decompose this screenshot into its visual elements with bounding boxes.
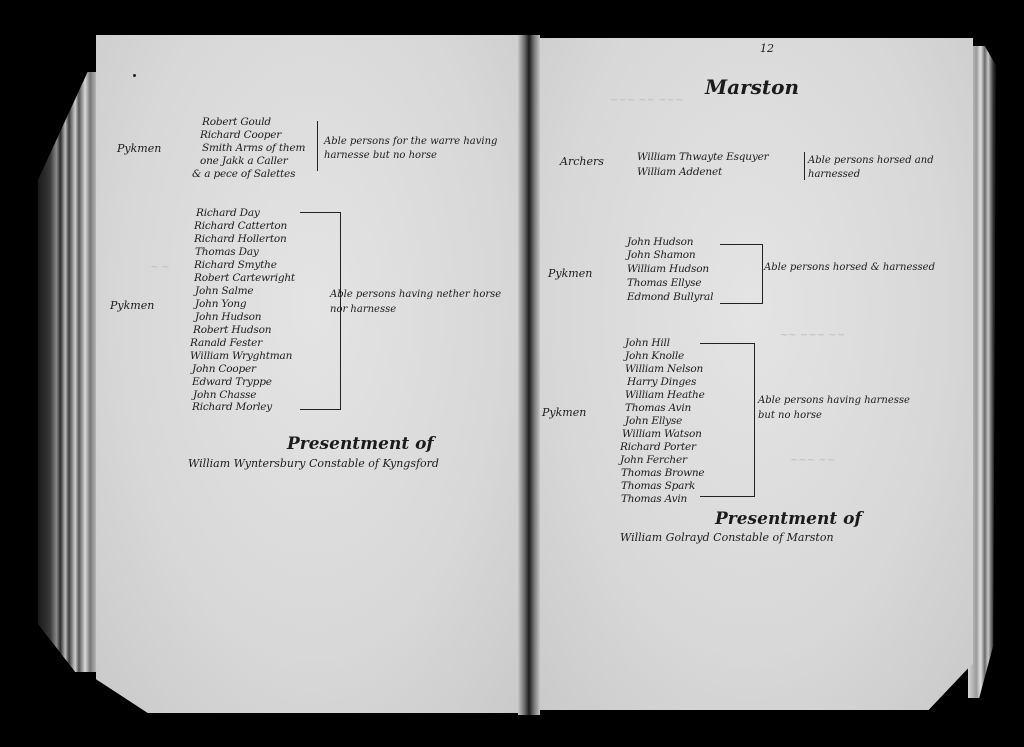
name-entry: one Jakk a Caller xyxy=(200,156,288,167)
name-entry: John Hudson xyxy=(627,237,693,248)
page-edges-left xyxy=(38,72,100,672)
name-entry: William Thwayte Esquyer xyxy=(637,152,768,163)
name-entry: John Shamon xyxy=(627,250,695,261)
book-gutter xyxy=(518,35,540,715)
name-entry: John Yong xyxy=(195,299,246,310)
margin-label: Pykmen xyxy=(548,268,592,279)
bleed-through-text: ~~~ ~~ ~~~ xyxy=(610,95,683,106)
name-entry: William Hudson xyxy=(627,264,709,275)
name-entry: Thomas Ellyse xyxy=(627,278,701,289)
note-text: harnesse but no horse xyxy=(324,151,437,161)
name-entry: John Hill xyxy=(625,338,670,349)
manuscript-scan: Pykmen Robert Gould Richard Cooper Smith… xyxy=(0,0,1024,747)
name-entry: William Addenet xyxy=(637,167,722,178)
name-entry: Richard Cooper xyxy=(200,130,281,141)
name-entry: Edmond Bullyral xyxy=(627,292,713,303)
name-entry: Harry Dinges xyxy=(627,377,696,388)
name-entry: John Knolle xyxy=(625,351,684,362)
bracket xyxy=(720,244,763,304)
note-text: Able persons horsed & harnessed xyxy=(764,263,935,273)
note-text: Able persons for the warre having xyxy=(324,137,497,147)
name-entry: Thomas Avin xyxy=(625,403,691,414)
name-entry: Thomas Day xyxy=(195,247,259,258)
name-entry: William Heathe xyxy=(625,390,705,401)
bleed-through-text: ~ ~ xyxy=(150,262,170,273)
name-entry: Richard Hollerton xyxy=(194,234,287,245)
page-title: Marston xyxy=(705,77,799,97)
note-text: but no horse xyxy=(758,411,822,421)
name-entry: Richard Catterton xyxy=(194,221,287,232)
name-entry: Thomas Spark xyxy=(621,481,695,492)
name-entry: William Nelson xyxy=(625,364,703,375)
name-entry: Robert Gould xyxy=(202,117,271,128)
name-entry: Smith Arms of them xyxy=(202,143,305,154)
note-text: Able persons horsed and xyxy=(808,156,934,166)
margin-label: Pykmen xyxy=(117,143,161,154)
name-entry: John Fercher xyxy=(620,455,687,466)
presentment-heading: Presentment of xyxy=(715,511,862,528)
name-entry: & a pece of Salettes xyxy=(192,169,295,180)
page-number: 12 xyxy=(760,43,774,54)
name-entry: Richard Smythe xyxy=(194,260,277,271)
name-entry: John Cooper xyxy=(192,364,256,375)
margin-label: Pykmen xyxy=(110,300,154,311)
note-text: Able persons having harnesse xyxy=(758,396,910,406)
note-text: Able persons having nether horse xyxy=(330,290,501,300)
note-text: nor harnesse xyxy=(330,305,396,315)
name-entry: William Wryghtman xyxy=(190,351,292,362)
bleed-through-text: ~~ ~~~ ~~ xyxy=(780,330,845,341)
bleed-through-text: ~~~ ~~ xyxy=(790,455,835,466)
presentment-line: William Wyntersbury Constable of Kyngsfo… xyxy=(188,458,439,469)
name-entry: Edward Tryppe xyxy=(192,377,272,388)
bracket-line xyxy=(804,152,805,180)
name-entry: Thomas Browne xyxy=(621,468,704,479)
presentment-heading: Presentment of xyxy=(287,436,434,453)
bracket-line xyxy=(317,121,318,171)
ink-spot xyxy=(133,74,136,77)
name-entry: William Watson xyxy=(622,429,702,440)
name-entry: John Hudson xyxy=(195,312,261,323)
margin-label: Archers xyxy=(560,156,604,167)
name-entry: John Ellyse xyxy=(625,416,682,427)
name-entry: Richard Morley xyxy=(192,402,272,413)
name-entry: Richard Porter xyxy=(620,442,696,453)
name-entry: Robert Cartewright xyxy=(194,273,295,284)
name-entry: Richard Day xyxy=(196,208,260,219)
presentment-line: William Golrayd Constable of Marston xyxy=(620,532,834,543)
note-text: harnessed xyxy=(808,170,860,180)
name-entry: Ranald Fester xyxy=(190,338,262,349)
margin-label: Pykmen xyxy=(542,407,586,418)
name-entry: Robert Hudson xyxy=(193,325,271,336)
bracket xyxy=(700,343,755,497)
name-entry: Thomas Avin xyxy=(621,494,687,505)
name-entry: John Salme xyxy=(195,286,253,297)
name-entry: John Chasse xyxy=(193,390,256,401)
